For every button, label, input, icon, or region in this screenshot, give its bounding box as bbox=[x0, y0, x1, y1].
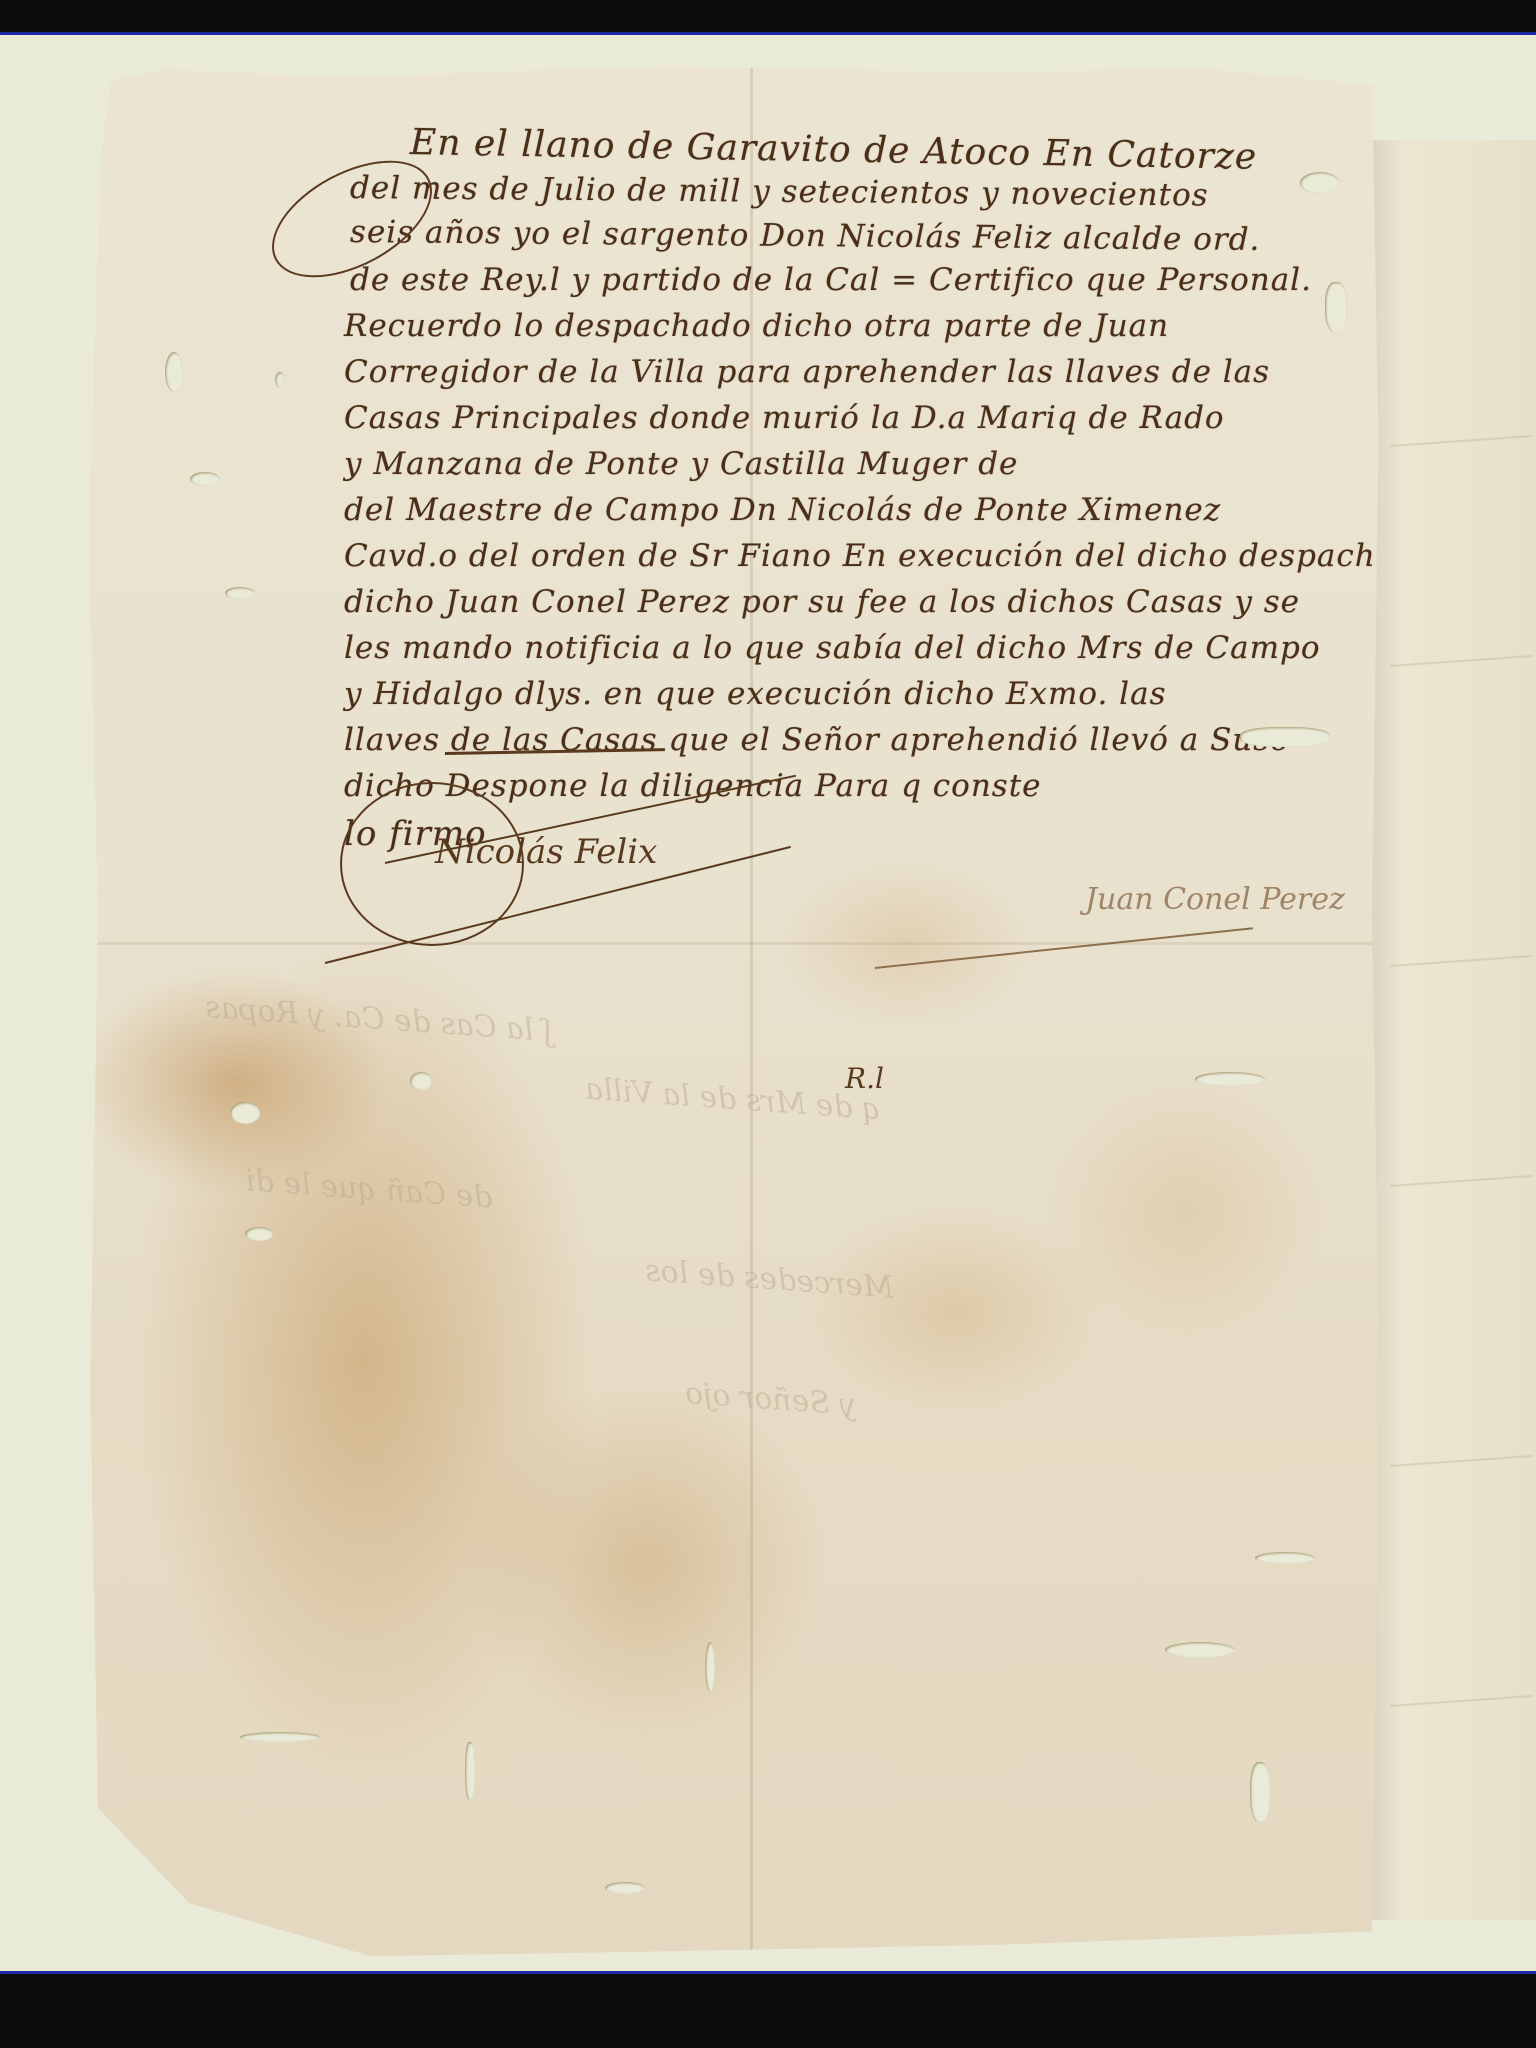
bleed-through-text: q de Mrs de la Villa bbox=[584, 1072, 882, 1128]
manuscript-line: seis años yo el sargento Don Nicolás Fel… bbox=[350, 214, 1261, 258]
bleed-through-line bbox=[1390, 1695, 1532, 1707]
manuscript-line: Casas Principales donde murió la D.a Mar… bbox=[344, 400, 1225, 436]
worm-hole bbox=[1195, 1072, 1265, 1086]
worm-hole bbox=[240, 1732, 320, 1742]
manuscript-line: del mes de Julio de mill y setecientos y… bbox=[350, 170, 1209, 213]
worm-hole bbox=[1325, 282, 1347, 332]
marginal-mark: R.l bbox=[845, 1062, 884, 1095]
worm-hole bbox=[165, 352, 183, 392]
worm-hole bbox=[410, 1072, 432, 1090]
bleed-through-line bbox=[1390, 1455, 1532, 1467]
worm-hole bbox=[1300, 172, 1340, 194]
bleed-through-text: Mercedes de los bbox=[644, 1253, 895, 1305]
fold-crease-horizontal bbox=[85, 942, 1385, 945]
manuscript-line: del Maestre de Campo Dn Nicolás de Ponte… bbox=[344, 492, 1221, 528]
worm-hole bbox=[1240, 727, 1330, 747]
bleed-through-text: y Señor ojo bbox=[684, 1376, 858, 1423]
manuscript-line: les mando notificia a lo que sabía del d… bbox=[344, 630, 1321, 666]
worm-hole bbox=[245, 1227, 273, 1241]
bleed-through-line bbox=[1390, 1175, 1532, 1187]
signature-text: Juan Conel Perez bbox=[1085, 882, 1345, 917]
manuscript-line: Recuerdo lo despachado dicho otra parte … bbox=[344, 308, 1169, 344]
bleed-through-line bbox=[1390, 435, 1532, 447]
worm-hole bbox=[190, 472, 220, 486]
worm-hole bbox=[275, 372, 285, 388]
worm-hole bbox=[705, 1642, 715, 1692]
worm-hole bbox=[605, 1882, 645, 1894]
worm-hole bbox=[465, 1742, 475, 1800]
worm-hole bbox=[225, 587, 255, 599]
manuscript-page: ʃ la Cas de Ca. y Ropas q de Mrs de la V… bbox=[85, 62, 1385, 1960]
worm-hole bbox=[1250, 1762, 1270, 1822]
signature-text: Nicolás Felix bbox=[435, 832, 657, 872]
signature-stroke bbox=[875, 927, 1253, 969]
manuscript-line: y Manzana de Ponte y Castilla Muger de bbox=[344, 446, 1018, 482]
manuscript-line: de este Rey.l y partido de la Cal = Cert… bbox=[350, 262, 1312, 298]
worm-hole bbox=[1255, 1552, 1315, 1564]
worm-hole bbox=[1165, 1642, 1235, 1658]
manuscript-line: En el llano de Garavito de Atoco En Cato… bbox=[410, 122, 1258, 178]
worm-hole bbox=[230, 1102, 260, 1124]
manuscript-line: dicho Juan Conel Perez por su fee a los … bbox=[344, 584, 1300, 620]
bleed-through-line bbox=[1390, 655, 1532, 667]
manuscript-line: Cavd.o del orden de Sr Fiano En execució… bbox=[344, 538, 1395, 574]
manuscript-line: Corregidor de la Villa para aprehender l… bbox=[344, 354, 1270, 390]
adjacent-sheet bbox=[1368, 140, 1536, 1920]
manuscript-line: y Hidalgo dlys. en que execución dicho E… bbox=[344, 676, 1167, 712]
bleed-through-text: ʃ la Cas de Ca. y Ropas bbox=[204, 990, 552, 1049]
bleed-through-line bbox=[1390, 955, 1532, 967]
fold-crease-vertical bbox=[750, 62, 753, 1960]
bleed-through-text: de Cañ que le di bbox=[244, 1163, 494, 1215]
